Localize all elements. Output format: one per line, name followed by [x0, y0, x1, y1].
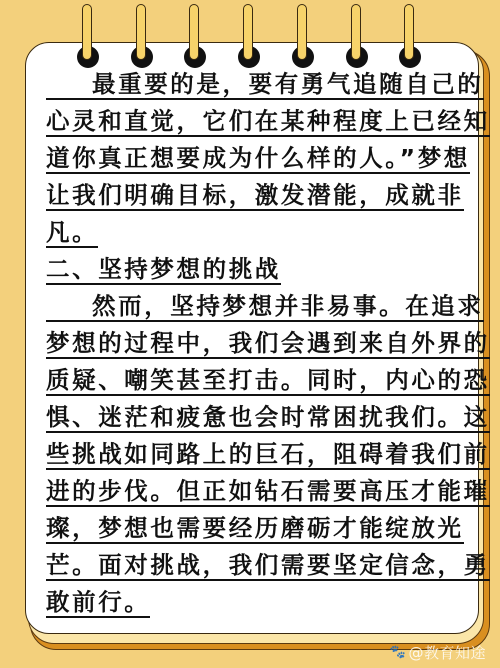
ring-icon — [128, 0, 158, 75]
page-content: 最重要的是，要有勇气追随自己的 心灵和直觉，它们在某种程度上已经知 道你真正想要… — [46, 70, 466, 625]
ring-icon — [74, 0, 104, 75]
text-line: 心灵和直觉，它们在某种程度上已经知 — [46, 107, 490, 137]
text-line: 道你真正想要成为什么样的人。”梦想 — [46, 144, 470, 174]
paragraph-1: 最重要的是，要有勇气追随自己的 心灵和直觉，它们在某种程度上已经知 道你真正想要… — [46, 70, 466, 255]
section-heading: 二、坚持梦想的挑战 — [46, 255, 281, 285]
ring-icon — [181, 0, 211, 75]
text-line: 梦想的过程中，我们会遇到来自外界的 — [46, 329, 490, 359]
text-line: 最重要的是，要有勇气追随自己的 — [46, 70, 484, 100]
watermark: 🐾 @教育知途 — [390, 642, 486, 663]
text-line: 质疑、嘲笑甚至打击。同时，内心的恐 — [46, 366, 490, 396]
ring-icon — [289, 0, 319, 75]
text-line: 惧、迷茫和疲惫也会时常困扰我们。这 — [46, 403, 490, 433]
ring-wire — [189, 4, 199, 60]
text-line-content: 最重要的是，要有勇气追随自己的 — [92, 70, 484, 98]
ring-wire — [297, 4, 307, 60]
ring-wire — [404, 4, 414, 60]
text-line: 璨，梦想也需要经历磨砺才能绽放光 — [46, 514, 464, 544]
text-line: 芒。面对挑战，我们需要坚定信念，勇 — [46, 551, 490, 581]
watermark-text: @教育知途 — [408, 642, 486, 663]
text-line: 敢前行。 — [46, 588, 150, 618]
text-line: 凡。 — [46, 218, 98, 248]
text-line: 些挑战如同路上的巨石，阻碍着我们前 — [46, 440, 490, 470]
ring-icon — [396, 0, 426, 75]
ring-wire — [82, 4, 92, 60]
ring-wire — [243, 4, 253, 60]
paw-icon: 🐾 — [390, 645, 407, 660]
text-line: 进的步伐。但正如钻石需要高压才能璀 — [46, 477, 490, 507]
ring-wire — [351, 4, 361, 60]
ring-icon — [343, 0, 373, 75]
text-line: 让我们明确目标，激发潜能，成就非 — [46, 181, 464, 211]
paragraph-2: 然而，坚持梦想并非易事。在追求 梦想的过程中，我们会遇到来自外界的 质疑、嘲笑甚… — [46, 292, 466, 625]
ring-icon — [235, 0, 265, 75]
ring-wire — [136, 4, 146, 60]
text-line: 然而，坚持梦想并非易事。在追求 — [46, 292, 484, 322]
text-line-content: 然而，坚持梦想并非易事。在追求 — [92, 292, 484, 320]
